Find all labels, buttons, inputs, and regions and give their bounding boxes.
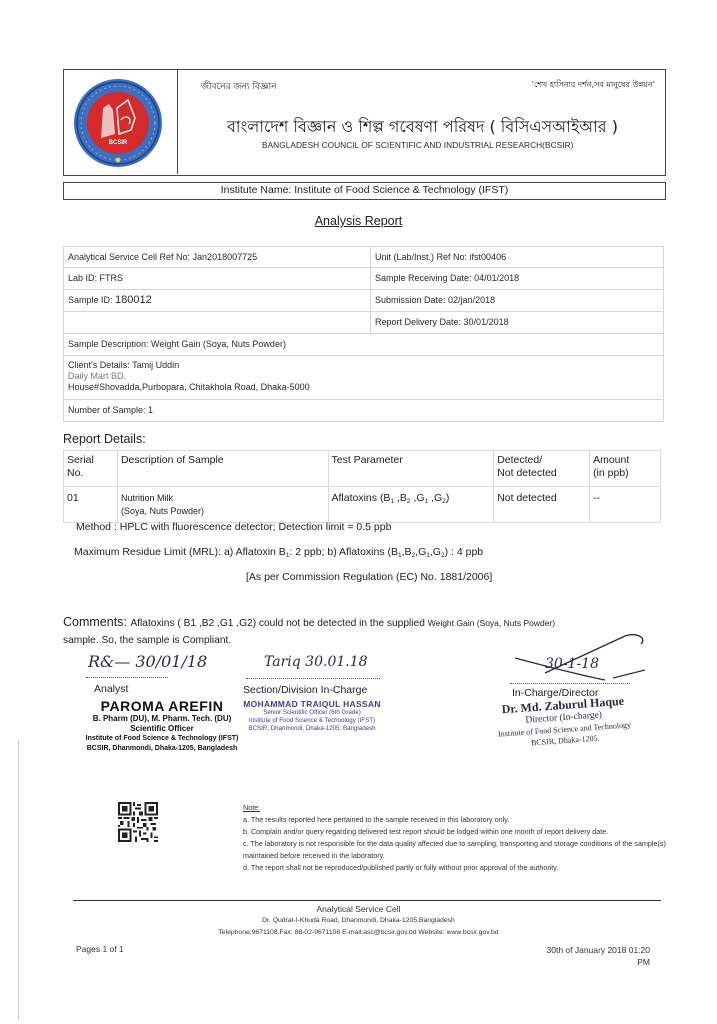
tagline-right: 'শেখ হাসিনার দর্শন,সব মানুষের উন্নয়ন' (532, 79, 655, 92)
footer-address: Dr. Qudrat-I-Khuda Road, Dhanmondi, Dhak… (0, 917, 717, 924)
letterhead: BCSIR জীবনের জন্য বিজ্ঞান 'শেখ হাসিনার দ… (63, 69, 666, 176)
note-item: d. The report shall not be reproduced/pu… (243, 862, 673, 874)
comments-sample-name: Weight Gain (Soya, Nuts Powder) (428, 618, 555, 628)
sample-id-value: 180012 (115, 294, 152, 306)
delivery-date-value: 30/01/2018 (464, 317, 509, 327)
institute-name: Institute Name: Institute of Food Scienc… (63, 182, 666, 200)
header-text: (in ppb) (593, 467, 629, 479)
header-text: Not detected (497, 467, 557, 479)
table-header-row: SerialNo. Description of Sample Test Par… (64, 451, 661, 487)
header-description: Description of Sample (117, 451, 328, 487)
director-stamp: Dr. Md. Zaburul Haque Director (In-charg… (473, 692, 656, 752)
serial-cell: 01 (64, 487, 118, 523)
section-incharge-signature: Tariq 30.01.18 (264, 654, 368, 670)
stamp-line: B. Pharm (DU), M. Pharm. Tech. (DU) (64, 714, 260, 724)
report-info-grid: Analytical Service Cell Ref No: Jan20180… (63, 246, 664, 422)
sample-id-cell: Sample ID: 180012 (63, 290, 370, 311)
client-company: Daily Mart BD. (68, 371, 663, 382)
method-text: Method : HPLC with fluorescence detector… (76, 521, 391, 533)
header-text: No. (67, 467, 83, 479)
test-parameter-cell: Aflatoxins (B1 ,B2 ,G1 ,G2) (328, 487, 494, 523)
section-incharge-name: MOHAMMAD TRAIQUL HASSAN (242, 699, 382, 709)
timestamp-line: 30th of January 2018 01:20 (520, 944, 650, 956)
tagline-left: জীবনের জন্য বিজ্ঞান (201, 79, 277, 94)
sample-description-value: Weight Gain (Soya, Nuts Powder) (151, 339, 286, 349)
analyst-role: Analyst (94, 683, 128, 695)
note-item: a. The results reported here pertained t… (243, 814, 673, 826)
stamp-line: Scientific Officer (64, 724, 260, 734)
sample-id-label: Sample ID: (68, 295, 115, 305)
unit-ref-label: Unit (Lab/Inst.) Ref No: (375, 252, 470, 262)
footer-title: Analytical Service Cell (0, 904, 717, 914)
empty-cell (63, 312, 370, 333)
receiving-date-cell: Sample Receiving Date: 04/01/2018 (370, 268, 664, 289)
timestamp-line: PM (520, 956, 650, 968)
header-test-parameter: Test Parameter (328, 451, 494, 487)
asc-ref-cell: Analytical Service Cell Ref No: Jan20180… (63, 247, 370, 267)
header-text: Serial (67, 454, 94, 466)
analyst-stamp: PAROMA AREFIN B. Pharm (DU), M. Pharm. T… (64, 698, 260, 754)
header-amount: Amount(in ppb) (590, 451, 661, 487)
analyst-name: PAROMA AREFIN (64, 698, 260, 714)
qr-code-icon (118, 800, 158, 844)
num-samples-value: 1 (148, 405, 153, 415)
section-incharge-stamp: MOHAMMAD TRAIQUL HASSAN Senior Scientifi… (242, 699, 382, 733)
stamp-line: BCSIR, Dhanmondi, Dhaka-1205, Bangladesh (242, 725, 382, 733)
submission-date-value: 02/jan/2018 (448, 295, 495, 305)
header-text: Detected/ (497, 454, 542, 466)
regulation-text: [As per Commission Regulation (EC) No. 1… (246, 571, 492, 583)
header-detected: Detected/Not detected (494, 451, 590, 487)
comments-conclusion: sample. So, the sample is Compliant. (63, 635, 231, 646)
unit-ref-value: ifst00406 (470, 252, 507, 262)
footer-contact: Telephone:9671108,Fax: 88-02-9671108 E-m… (0, 929, 717, 936)
unit-ref-cell: Unit (Lab/Inst.) Ref No: ifst00406 (370, 247, 664, 267)
client-address: House#Shovadda,Purbopara, Chitakhola Roa… (68, 382, 663, 393)
comments-label: Comments: (63, 615, 130, 629)
amount-cell: -- (590, 487, 661, 523)
director-signature-stroke-icon (505, 628, 655, 688)
page-count: Pages 1 of 1 (76, 944, 124, 954)
receiving-date-value: 04/01/2018 (474, 273, 519, 283)
section-incharge-role: Section/Division In-Charge (243, 684, 367, 696)
lab-id-label: Lab ID: (68, 273, 100, 283)
info-row: Sample ID: 180012 Submission Date: 02/ja… (63, 290, 664, 312)
results-table: SerialNo. Description of Sample Test Par… (63, 450, 661, 523)
stamp-line: Institute of Food Science & Technology (… (64, 734, 260, 744)
scan-margin-line (18, 740, 19, 1020)
footer-divider (73, 900, 661, 901)
table-row: 01 Nutrition Milk(Soya, Nuts Powder) Afl… (64, 487, 661, 523)
header-text: Amount (593, 454, 629, 466)
comments-text: Aflatoxins ( B1 ,B2 ,G1 ,G2) could not b… (130, 618, 427, 629)
submission-date-label: Submission Date: (375, 295, 448, 305)
note-item: c. The laboratory is not responsible for… (243, 838, 673, 862)
delivery-date-label: Report Delivery Date: (375, 317, 464, 327)
client-details: Client's Details: Tamij Uddin Daily Mart… (63, 356, 664, 400)
org-name-bengali: বাংলাদেশ বিজ্ঞান ও শিল্প গবেষণা পরিষদ ( … (227, 114, 618, 141)
stamp-line: Senior Scientific Officer (6th Grade) (242, 709, 382, 717)
stamp-line: BCSIR, Dhanmondi, Dhaka-1205, Bangladesh (64, 744, 260, 754)
receiving-date-label: Sample Receiving Date: (375, 273, 474, 283)
signature-line (246, 678, 380, 679)
client-label: Client's Details: (68, 360, 132, 370)
sample-description-label: Sample Description: (68, 339, 151, 349)
sample-description: Sample Description: Weight Gain (Soya, N… (63, 334, 664, 356)
bcsir-logo-icon: BCSIR (73, 78, 163, 168)
info-row: Analytical Service Cell Ref No: Jan20180… (63, 246, 664, 268)
logo-cell: BCSIR (64, 70, 178, 174)
delivery-date-cell: Report Delivery Date: 30/01/2018 (370, 312, 664, 333)
description-cell: Nutrition Milk(Soya, Nuts Powder) (117, 487, 328, 523)
svg-text:BCSIR: BCSIR (109, 140, 128, 146)
number-of-samples: Number of Sample: 1 (63, 400, 664, 422)
asc-ref-value: Jan2018007725 (193, 252, 258, 262)
description-line: (Soya, Nuts Powder) (121, 506, 204, 516)
info-row: Report Delivery Date: 30/01/2018 (63, 312, 664, 334)
report-title: Analysis Report (0, 214, 717, 228)
signature-line (86, 677, 168, 678)
header-serial: SerialNo. (64, 451, 118, 487)
client-name: Tamij Uddin (132, 360, 179, 370)
analyst-signature: R&— 30/01/18 (88, 652, 207, 671)
note-item: b. Complain and/or query regarding deliv… (243, 826, 673, 838)
asc-ref-label: Analytical Service Cell Ref No: (68, 252, 193, 262)
signature-line (510, 683, 630, 684)
num-samples-label: Number of Sample: (68, 405, 148, 415)
lab-id-value: FTRS (100, 273, 124, 283)
notes: Note: a. The results reported here perta… (243, 802, 673, 874)
mrl-text: Maximum Residue Limit (MRL): a) Aflatoxi… (74, 546, 483, 559)
org-name-english: BANGLADESH COUNCIL OF SCIENTIFIC AND IND… (262, 140, 573, 150)
stamp-line: Institute of Food Science & Technology (… (242, 717, 382, 725)
detected-cell: Not detected (494, 487, 590, 523)
submission-date-cell: Submission Date: 02/jan/2018 (370, 290, 664, 311)
description-line: Nutrition Milk (121, 493, 173, 503)
report-details-heading: Report Details: (63, 432, 146, 446)
notes-title: Note: (243, 802, 673, 814)
print-timestamp: 30th of January 2018 01:20 PM (520, 944, 650, 968)
lab-id-cell: Lab ID: FTRS (63, 268, 370, 289)
info-row: Lab ID: FTRS Sample Receiving Date: 04/0… (63, 268, 664, 290)
